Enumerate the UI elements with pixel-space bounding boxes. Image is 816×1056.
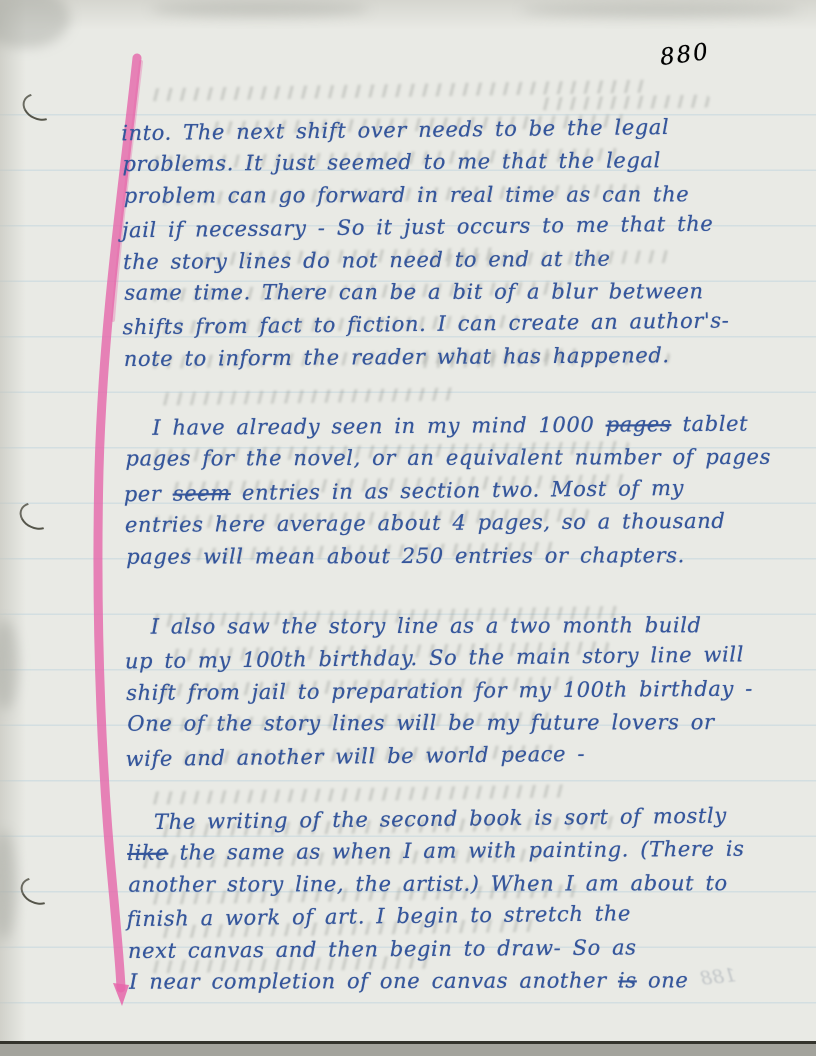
- handwritten-text: The writing of the second book is sort o…: [154, 804, 727, 834]
- handwritten-text: entries here average about 4 pages, so a…: [125, 509, 726, 537]
- handwritten-line: problems. It just seemed to me that the …: [122, 149, 661, 177]
- struck-word: pages: [606, 412, 672, 436]
- handwritten-text: shift from jail to preparation for my 10…: [126, 676, 753, 704]
- handwritten-text: pages will mean about 250 entries or cha…: [126, 543, 685, 568]
- handwritten-line: wife and another will be world peace -: [125, 741, 585, 770]
- handwritten-line: the story lines do not need to end at th…: [123, 246, 610, 273]
- handwritten-text: finish a work of art. I begin to stretch…: [127, 902, 631, 932]
- handwritten-line: I have already seen in my mind 1000 page…: [152, 412, 748, 440]
- handwritten-text: into. The next shift over needs to be th…: [121, 115, 669, 145]
- handwritten-line: into. The next shift over needs to be th…: [121, 115, 669, 145]
- handwritten-text: per: [124, 481, 173, 506]
- handwritten-line: I also saw the story line as a two month…: [151, 613, 702, 638]
- handwritten-text: the story lines do not need to end at th…: [123, 246, 610, 273]
- handwritten-line: per seem entries in as section two. Most…: [124, 476, 685, 506]
- handwritten-text: I near completion of one canvas another: [129, 968, 618, 993]
- paper-bottom-edge: [0, 1041, 816, 1056]
- handwritten-line: I near completion of one canvas another …: [129, 968, 688, 993]
- handwritten-text: I also saw the story line as a two month…: [151, 613, 702, 638]
- handwritten-text: jail if necessary - So it just occurs to…: [122, 212, 714, 243]
- handwritten-line: like the same as when I am with painting…: [127, 837, 744, 865]
- handwritten-line: One of the story lines will be my future…: [127, 710, 714, 736]
- handwritten-text: tablet: [671, 412, 748, 437]
- handwritten-text: the same as when I am with painting. (Th…: [168, 837, 744, 865]
- scanned-manuscript-page: 880 188 into. The next shift over needs …: [0, 0, 816, 1056]
- handwritten-text: wife and another will be world peace -: [125, 741, 585, 770]
- handwritten-line: same time. There can be a bit of a blur …: [124, 279, 703, 305]
- handwritten-line: up to my 100th birthday. So the main sto…: [125, 643, 744, 674]
- handwritten-line: jail if necessary - So it just occurs to…: [122, 212, 714, 243]
- handwritten-line: shift from jail to preparation for my 10…: [126, 676, 753, 704]
- handwritten-text: entries in as section two. Most of my: [231, 476, 685, 505]
- handwritten-line: pages for the novel, or an equivalent nu…: [125, 445, 770, 471]
- handwritten-text: problems. It just seemed to me that the …: [122, 149, 661, 177]
- handwritten-line: pages will mean about 250 entries or cha…: [126, 543, 685, 568]
- handwritten-line: next canvas and then begin to draw- So a…: [128, 935, 637, 963]
- handwritten-line: The writing of the second book is sort o…: [154, 804, 727, 834]
- handwritten-line: another story line, the artist.) When I …: [128, 871, 727, 897]
- handwritten-text: problem can go forward in real time as c…: [124, 182, 690, 207]
- handwritten-text: next canvas and then begin to draw- So a…: [128, 935, 637, 963]
- handwritten-text: another story line, the artist.) When I …: [128, 871, 727, 897]
- handwritten-text: same time. There can be a bit of a blur …: [124, 279, 703, 305]
- handwritten-text: up to my 100th birthday. So the main sto…: [125, 643, 744, 674]
- struck-word: seem: [173, 481, 231, 506]
- handwritten-text: note to inform the reader what has happe…: [124, 343, 670, 371]
- handwritten-line: finish a work of art. I begin to stretch…: [127, 902, 631, 932]
- handwritten-text: one: [637, 968, 689, 992]
- handwritten-text: shifts from fact to fiction. I can creat…: [122, 309, 729, 340]
- handwritten-line: entries here average about 4 pages, so a…: [125, 509, 726, 537]
- handwritten-line: note to inform the reader what has happe…: [124, 343, 670, 371]
- handwritten-line: shifts from fact to fiction. I can creat…: [122, 309, 729, 340]
- handwritten-text: I have already seen in my mind 1000: [152, 413, 606, 440]
- handwritten-text: One of the story lines will be my future…: [127, 710, 714, 736]
- handwritten-line: problem can go forward in real time as c…: [124, 182, 690, 207]
- struck-word: like: [127, 841, 168, 865]
- struck-word: is: [618, 968, 637, 992]
- handwritten-text: pages for the novel, or an equivalent nu…: [125, 445, 770, 471]
- manuscript: into. The next shift over needs to be th…: [0, 0, 816, 1056]
